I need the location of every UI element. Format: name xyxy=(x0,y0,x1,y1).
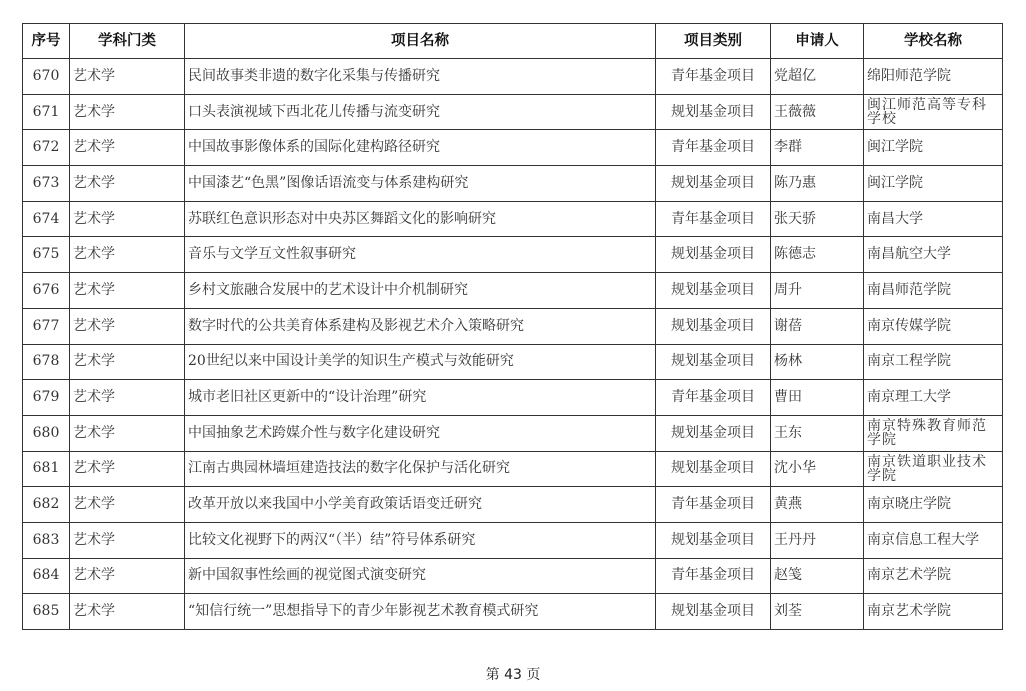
row-project-name: 20世纪以来中国设计美学的知识生产模式与效能研究 xyxy=(185,344,656,380)
row-discipline: 艺术学 xyxy=(70,451,185,487)
row-discipline: 艺术学 xyxy=(70,594,185,630)
row-index: 670 xyxy=(23,59,70,95)
row-index: 681 xyxy=(23,451,70,487)
row-school: 南昌大学 xyxy=(864,201,1003,237)
row-category: 青年基金项目 xyxy=(656,59,771,95)
row-discipline: 艺术学 xyxy=(70,415,185,451)
table-row: 676艺术学乡村文旅融合发展中的艺术设计中介机制研究规划基金项目周升南昌师范学院 xyxy=(23,273,1003,309)
row-category: 青年基金项目 xyxy=(656,380,771,416)
row-project-name: 口头表演视域下西北花儿传播与流变研究 xyxy=(185,94,656,130)
row-category: 青年基金项目 xyxy=(656,201,771,237)
table-row: 678艺术学20世纪以来中国设计美学的知识生产模式与效能研究规划基金项目杨林南京… xyxy=(23,344,1003,380)
row-index: 674 xyxy=(23,201,70,237)
table-body: 670艺术学民间故事类非遗的数字化采集与传播研究青年基金项目党超亿绵阳师范学院6… xyxy=(23,59,1003,630)
row-school: 南京艺术学院 xyxy=(864,558,1003,594)
row-school: 闽江师范高等专科学校 xyxy=(864,94,1003,130)
row-category: 青年基金项目 xyxy=(656,558,771,594)
row-school: 南京信息工程大学 xyxy=(864,522,1003,558)
row-project-name: 数字时代的公共美育体系建构及影视艺术介入策略研究 xyxy=(185,308,656,344)
row-school: 闽江学院 xyxy=(864,130,1003,166)
row-category: 青年基金项目 xyxy=(656,130,771,166)
row-index: 673 xyxy=(23,166,70,202)
row-applicant: 刘荃 xyxy=(771,594,864,630)
header-category: 项目类别 xyxy=(656,24,771,59)
row-index: 671 xyxy=(23,94,70,130)
table-row: 681艺术学江南古典园林墙垣建造技法的数字化保护与活化研究规划基金项目沈小华南京… xyxy=(23,451,1003,487)
row-category: 规划基金项目 xyxy=(656,308,771,344)
row-discipline: 艺术学 xyxy=(70,130,185,166)
row-index: 678 xyxy=(23,344,70,380)
row-discipline: 艺术学 xyxy=(70,237,185,273)
row-discipline: 艺术学 xyxy=(70,344,185,380)
row-school: 南京工程学院 xyxy=(864,344,1003,380)
row-project-name: 民间故事类非遗的数字化采集与传播研究 xyxy=(185,59,656,95)
row-category: 规划基金项目 xyxy=(656,237,771,273)
header-school: 学校名称 xyxy=(864,24,1003,59)
row-applicant: 王丹丹 xyxy=(771,522,864,558)
row-applicant: 陈乃惠 xyxy=(771,166,864,202)
row-discipline: 艺术学 xyxy=(70,380,185,416)
row-discipline: 艺术学 xyxy=(70,59,185,95)
row-applicant: 黄燕 xyxy=(771,487,864,523)
table-row: 680艺术学中国抽象艺术跨媒介性与数字化建设研究规划基金项目王东南京特殊教育师范… xyxy=(23,415,1003,451)
page-number: 第 43 页 xyxy=(0,664,1026,684)
row-applicant: 沈小华 xyxy=(771,451,864,487)
row-category: 规划基金项目 xyxy=(656,166,771,202)
row-project-name: 新中国叙事性绘画的视觉图式演变研究 xyxy=(185,558,656,594)
row-applicant: 周升 xyxy=(771,273,864,309)
table-row: 683艺术学比较文化视野下的两汉“（半）结”符号体系研究规划基金项目王丹丹南京信… xyxy=(23,522,1003,558)
row-applicant: 王东 xyxy=(771,415,864,451)
table-row: 672艺术学中国故事影像体系的国际化建构路径研究青年基金项目李群闽江学院 xyxy=(23,130,1003,166)
header-index: 序号 xyxy=(23,24,70,59)
row-category: 青年基金项目 xyxy=(656,487,771,523)
row-school: 南京铁道职业技术学院 xyxy=(864,451,1003,487)
row-index: 684 xyxy=(23,558,70,594)
header-applicant: 申请人 xyxy=(771,24,864,59)
row-discipline: 艺术学 xyxy=(70,308,185,344)
row-discipline: 艺术学 xyxy=(70,487,185,523)
table-row: 673艺术学中国漆艺“色黑”图像话语流变与体系建构研究规划基金项目陈乃惠闽江学院 xyxy=(23,166,1003,202)
row-discipline: 艺术学 xyxy=(70,201,185,237)
row-applicant: 杨林 xyxy=(771,344,864,380)
row-school: 南昌航空大学 xyxy=(864,237,1003,273)
row-category: 规划基金项目 xyxy=(656,415,771,451)
row-project-name: 音乐与文学互文性叙事研究 xyxy=(185,237,656,273)
table-row: 685艺术学“知信行统一”思想指导下的青少年影视艺术教育模式研究规划基金项目刘荃… xyxy=(23,594,1003,630)
row-category: 规划基金项目 xyxy=(656,522,771,558)
row-school: 南京传媒学院 xyxy=(864,308,1003,344)
row-index: 683 xyxy=(23,522,70,558)
row-project-name: “知信行统一”思想指导下的青少年影视艺术教育模式研究 xyxy=(185,594,656,630)
row-index: 682 xyxy=(23,487,70,523)
table-row: 675艺术学音乐与文学互文性叙事研究规划基金项目陈德志南昌航空大学 xyxy=(23,237,1003,273)
row-category: 规划基金项目 xyxy=(656,94,771,130)
table-row: 670艺术学民间故事类非遗的数字化采集与传播研究青年基金项目党超亿绵阳师范学院 xyxy=(23,59,1003,95)
row-index: 680 xyxy=(23,415,70,451)
project-table: 序号 学科门类 项目名称 项目类别 申请人 学校名称 670艺术学民间故事类非遗… xyxy=(22,23,1003,630)
row-project-name: 改革开放以来我国中小学美育政策话语变迁研究 xyxy=(185,487,656,523)
row-applicant: 张天骄 xyxy=(771,201,864,237)
row-index: 679 xyxy=(23,380,70,416)
row-category: 规划基金项目 xyxy=(656,273,771,309)
row-school: 绵阳师范学院 xyxy=(864,59,1003,95)
table-row: 677艺术学数字时代的公共美育体系建构及影视艺术介入策略研究规划基金项目谢蓓南京… xyxy=(23,308,1003,344)
row-discipline: 艺术学 xyxy=(70,273,185,309)
table-row: 679艺术学城市老旧社区更新中的“设计治理”研究青年基金项目曹田南京理工大学 xyxy=(23,380,1003,416)
table-row: 671艺术学口头表演视域下西北花儿传播与流变研究规划基金项目王薇薇闽江师范高等专… xyxy=(23,94,1003,130)
row-discipline: 艺术学 xyxy=(70,94,185,130)
row-school: 南京艺术学院 xyxy=(864,594,1003,630)
row-index: 675 xyxy=(23,237,70,273)
row-index: 676 xyxy=(23,273,70,309)
row-discipline: 艺术学 xyxy=(70,522,185,558)
row-applicant: 陈德志 xyxy=(771,237,864,273)
row-project-name: 江南古典园林墙垣建造技法的数字化保护与活化研究 xyxy=(185,451,656,487)
row-school: 南昌师范学院 xyxy=(864,273,1003,309)
row-project-name: 中国漆艺“色黑”图像话语流变与体系建构研究 xyxy=(185,166,656,202)
row-project-name: 中国抽象艺术跨媒介性与数字化建设研究 xyxy=(185,415,656,451)
row-school: 南京特殊教育师范学院 xyxy=(864,415,1003,451)
row-index: 685 xyxy=(23,594,70,630)
header-discipline: 学科门类 xyxy=(70,24,185,59)
row-category: 规划基金项目 xyxy=(656,451,771,487)
row-applicant: 赵笺 xyxy=(771,558,864,594)
row-index: 672 xyxy=(23,130,70,166)
row-project-name: 比较文化视野下的两汉“（半）结”符号体系研究 xyxy=(185,522,656,558)
table-row: 682艺术学改革开放以来我国中小学美育政策话语变迁研究青年基金项目黄燕南京晓庄学… xyxy=(23,487,1003,523)
row-applicant: 党超亿 xyxy=(771,59,864,95)
table-row: 674艺术学苏联红色意识形态对中央苏区舞蹈文化的影响研究青年基金项目张天骄南昌大… xyxy=(23,201,1003,237)
row-project-name: 城市老旧社区更新中的“设计治理”研究 xyxy=(185,380,656,416)
row-discipline: 艺术学 xyxy=(70,558,185,594)
table-header-row: 序号 学科门类 项目名称 项目类别 申请人 学校名称 xyxy=(23,24,1003,59)
table-row: 684艺术学新中国叙事性绘画的视觉图式演变研究青年基金项目赵笺南京艺术学院 xyxy=(23,558,1003,594)
row-applicant: 曹田 xyxy=(771,380,864,416)
row-category: 规划基金项目 xyxy=(656,344,771,380)
row-applicant: 谢蓓 xyxy=(771,308,864,344)
row-applicant: 李群 xyxy=(771,130,864,166)
row-project-name: 乡村文旅融合发展中的艺术设计中介机制研究 xyxy=(185,273,656,309)
row-project-name: 苏联红色意识形态对中央苏区舞蹈文化的影响研究 xyxy=(185,201,656,237)
row-discipline: 艺术学 xyxy=(70,166,185,202)
row-school: 闽江学院 xyxy=(864,166,1003,202)
header-project-name: 项目名称 xyxy=(185,24,656,59)
row-school: 南京理工大学 xyxy=(864,380,1003,416)
row-applicant: 王薇薇 xyxy=(771,94,864,130)
row-project-name: 中国故事影像体系的国际化建构路径研究 xyxy=(185,130,656,166)
row-category: 规划基金项目 xyxy=(656,594,771,630)
row-school: 南京晓庄学院 xyxy=(864,487,1003,523)
row-index: 677 xyxy=(23,308,70,344)
